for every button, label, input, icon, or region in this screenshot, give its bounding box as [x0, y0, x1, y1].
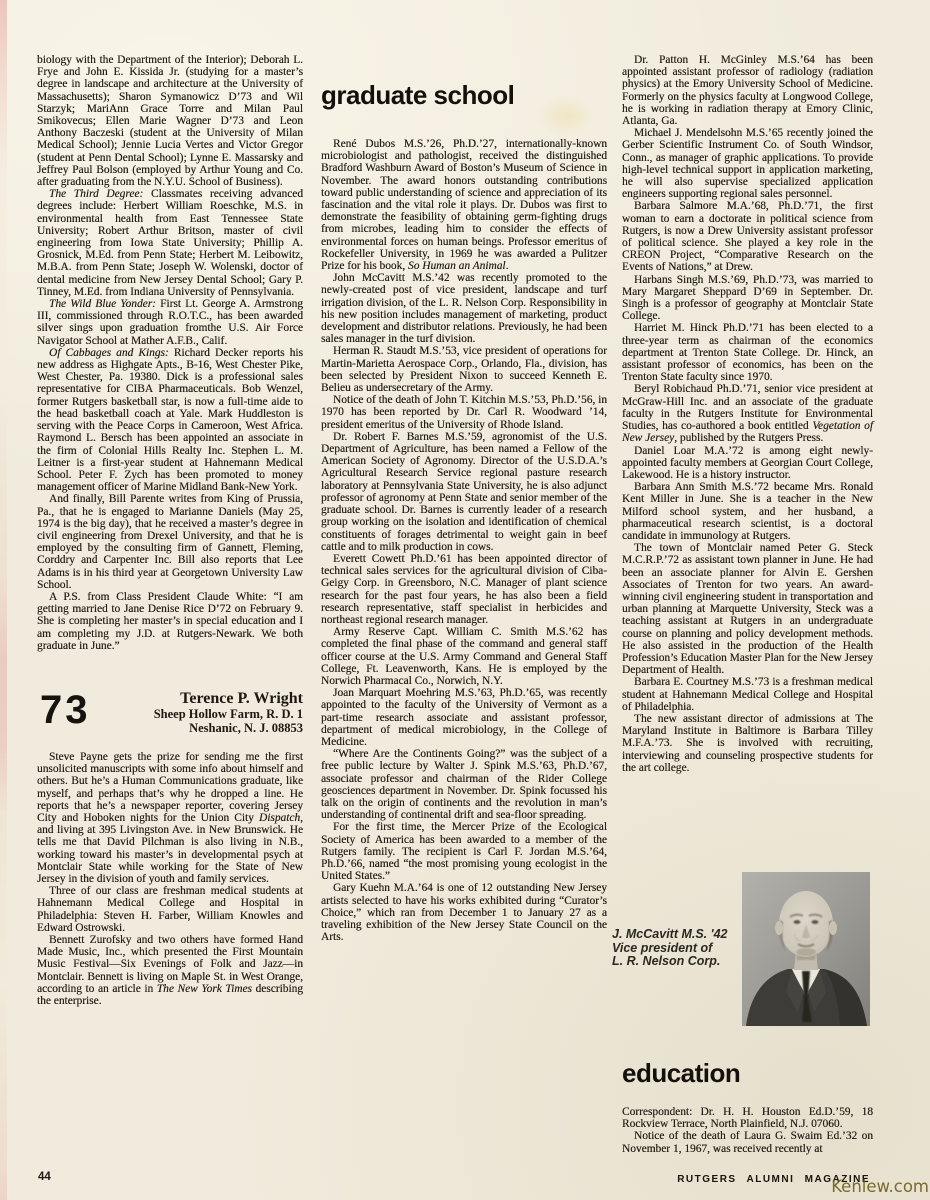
education-heading: education — [622, 1060, 873, 1086]
paragraph: A P.S. from Class President Claude White… — [37, 591, 303, 652]
italic-text: Of Cabbages and Kings: — [49, 347, 169, 359]
right-column: Dr. Patton H. McGinley M.S.’64 has been … — [622, 54, 873, 774]
paragraph: René Dubos M.S.’26, Ph.D.’27, internatio… — [321, 138, 607, 272]
paragraph: Of Cabbages and Kings: Richard Decker re… — [37, 347, 303, 493]
paragraph: Beryl Robichaud Ph.D.’71, senior vice pr… — [622, 383, 873, 444]
italic-text: The New York Times — [157, 983, 252, 995]
class-73-text: Steve Payne gets the prize for sending m… — [37, 751, 303, 1007]
graduate-school-text-continued: Dr. Patton H. McGinley M.S.’64 has been … — [622, 54, 873, 774]
class-year-73: 73 — [40, 690, 91, 730]
paragraph: Joan Marquart Moehring M.S.’63, Ph.D.’65… — [321, 687, 607, 748]
paragraph: Three of our class are freshman medical … — [37, 885, 303, 934]
paragraph: “Where Are the Continents Going?” was th… — [321, 748, 607, 821]
correspondent-address-line2: Neshanic, N. J. 08853 — [154, 721, 303, 735]
italic-text: The Third Degree: — [49, 188, 143, 200]
paragraph: Bennett Zurofsky and two others have for… — [37, 934, 303, 1007]
class-73-header: 73 Terence P. Wright Sheep Hollow Farm, … — [37, 690, 303, 735]
paragraph: Daniel Loar M.A.’72 is among eight newly… — [622, 445, 873, 482]
photo-caption: J. McCavitt M.S. '42 Vice president of L… — [612, 928, 747, 969]
paragraph: Everett Cowett Ph.D.’61 has been appoint… — [321, 553, 607, 626]
paragraph: Steve Payne gets the prize for sending m… — [37, 751, 303, 885]
paragraph: John McCavitt M.S.’42 was recently promo… — [321, 272, 607, 345]
paragraph: The town of Montclair named Peter G. Ste… — [622, 542, 873, 676]
italic-text: Dispatch — [259, 812, 300, 824]
education-text: Correspondent: Dr. H. H. Houston Ed.D.’5… — [622, 1106, 873, 1155]
portrait-photo — [742, 872, 870, 1026]
paragraph: For the first time, the Mercer Prize of … — [321, 821, 607, 882]
paragraph: Dr. Robert F. Barnes M.S.’59, agronomist… — [321, 431, 607, 553]
paragraph: The new assistant director of admissions… — [622, 713, 873, 774]
paragraph: The Third Degree: Classmates receiving a… — [37, 188, 303, 298]
class-72-continued-text: biology with the Department of the Inter… — [37, 54, 303, 652]
paragraph: biology with the Department of the Inter… — [37, 54, 303, 188]
italic-text: Vegetation of New Jersey — [622, 420, 873, 444]
paragraph: Barbara Salmore M.A.’68, Ph.D.’71, the f… — [622, 200, 873, 273]
page-number: 44 — [38, 1171, 51, 1183]
paragraph: And finally, Bill Parente writes from Ki… — [37, 493, 303, 591]
paragraph: Barbara E. Courtney M.S.’73 is a freshma… — [622, 676, 873, 713]
correspondent-name: Terence P. Wright — [154, 690, 303, 707]
italic-text: So Human an Animal — [408, 260, 506, 272]
watermark: Kenlew.com — [831, 1177, 929, 1196]
graduate-school-heading: graduate school — [321, 82, 607, 108]
paragraph: Herman R. Staudt M.S.’53, vice president… — [321, 345, 607, 394]
paragraph: Harbans Singh M.S.’69, Ph.D.’73, was mar… — [622, 274, 873, 323]
paragraph: Michael J. Mendelsohn M.S.’65 recently j… — [622, 127, 873, 200]
paragraph: Notice of the death of John T. Kitchin M… — [321, 394, 607, 431]
caption-line-3: L. R. Nelson Corp. — [612, 955, 747, 969]
class-73-correspondent-block: Terence P. Wright Sheep Hollow Farm, R. … — [154, 690, 303, 735]
paragraph: Dr. Patton H. McGinley M.S.’64 has been … — [622, 54, 873, 127]
correspondent-address-line1: Sheep Hollow Farm, R. D. 1 — [154, 707, 303, 721]
education-section: education Correspondent: Dr. H. H. Houst… — [622, 1060, 873, 1155]
middle-column: graduate school René Dubos M.S.’26, Ph.D… — [321, 82, 607, 943]
paragraph: Notice of the death of Laura G. Swaim Ed… — [622, 1130, 873, 1154]
paragraph: Correspondent: Dr. H. H. Houston Ed.D.’5… — [622, 1106, 873, 1130]
left-column: biology with the Department of the Inter… — [37, 54, 303, 1007]
graduate-school-text: René Dubos M.S.’26, Ph.D.’27, internatio… — [321, 138, 607, 943]
magazine-page: biology with the Department of the Inter… — [0, 0, 930, 1200]
caption-line-1: J. McCavitt M.S. '42 — [612, 928, 747, 942]
italic-text: The Wild Blue Yonder: — [49, 298, 156, 310]
paragraph: The Wild Blue Yonder: First Lt. George A… — [37, 298, 303, 347]
paragraph: Barbara Ann Smith M.S.’72 became Mrs. Ro… — [622, 481, 873, 542]
paragraph: Gary Kuehn M.A.’64 is one of 12 outstand… — [321, 882, 607, 943]
scan-edge-tint — [0, 0, 7, 1200]
paragraph: Army Reserve Capt. William C. Smith M.S.… — [321, 626, 607, 687]
paragraph: Harriet M. Hinck Ph.D.’71 has been elect… — [622, 322, 873, 383]
caption-line-2: Vice president of — [612, 942, 747, 956]
